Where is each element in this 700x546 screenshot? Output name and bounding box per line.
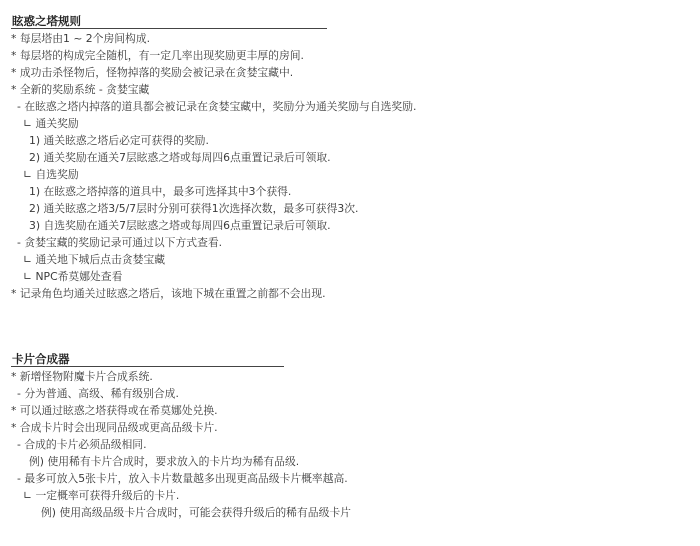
list-item: * 每层塔的构成完全随机，有一定几率出现奖励更丰厚的房间. (11, 47, 416, 64)
list-item: ∟ 通关奖励 (11, 115, 416, 132)
list-item: ∟ 通关地下城后点击贪婪宝藏 (11, 251, 416, 268)
list-item: ∟ NPC希莫娜处查看 (11, 268, 416, 285)
list-item: 1) 通关眩惑之塔后必定可获得的奖励. (11, 132, 416, 149)
list-item: - 分为普通、高级、稀有级别合成. (11, 385, 351, 402)
tower-rules-section: 眩惑之塔规则 * 每层塔由1 ~ 2个房间构成. * 每层塔的构成完全随机，有一… (11, 13, 416, 302)
list-item: * 合成卡片时会出现同品级或更高品级卡片. (11, 419, 351, 436)
list-item: 例) 使用稀有卡片合成时，要求放入的卡片均为稀有品级. (11, 453, 351, 470)
tower-rules-list: * 每层塔由1 ~ 2个房间构成. * 每层塔的构成完全随机，有一定几率出现奖励… (11, 30, 416, 302)
list-item: * 可以通过眩惑之塔获得或在希莫娜处兑换. (11, 402, 351, 419)
list-item: - 合成的卡片必须品级相同. (11, 436, 351, 453)
list-item: 例) 使用高级品级卡片合成时，可能会获得升级后的稀有品级卡片 (11, 504, 351, 521)
list-item: * 记录角色均通关过眩惑之塔后，该地下城在重置之前都不会出现. (11, 285, 416, 302)
list-item: * 全新的奖励系统 - 贪婪宝藏 (11, 81, 416, 98)
list-item: * 新增怪物附魔卡片合成系统. (11, 368, 351, 385)
list-item: * 成功击杀怪物后，怪物掉落的奖励会被记录在贪婪宝藏中. (11, 64, 416, 81)
card-synthesizer-list: * 新增怪物附魔卡片合成系统. - 分为普通、高级、稀有级别合成. * 可以通过… (11, 368, 351, 521)
section-title-card-synthesizer: 卡片合成器 (11, 351, 284, 367)
list-item: * 每层塔由1 ~ 2个房间构成. (11, 30, 416, 47)
list-item: 1) 在眩惑之塔掉落的道具中，最多可选择其中3个获得. (11, 183, 416, 200)
list-item: ∟ 一定概率可获得升级后的卡片. (11, 487, 351, 504)
section-title-tower-rules: 眩惑之塔规则 (11, 13, 327, 29)
list-item: ∟ 自选奖励 (11, 166, 416, 183)
list-item: - 贪婪宝藏的奖励记录可通过以下方式查看. (11, 234, 416, 251)
list-item: - 最多可放入5张卡片，放入卡片数量越多出现更高品级卡片概率越高. (11, 470, 351, 487)
list-item: 2) 通关奖励在通关7层眩惑之塔或每周四6点重置记录后可领取. (11, 149, 416, 166)
list-item: 3) 自选奖励在通关7层眩惑之塔或每周四6点重置记录后可领取. (11, 217, 416, 234)
list-item: 2) 通关眩惑之塔3/5/7层时分别可获得1次选择次数，最多可获得3次. (11, 200, 416, 217)
list-item: - 在眩惑之塔内掉落的道具都会被记录在贪婪宝藏中，奖励分为通关奖励与自选奖励. (11, 98, 416, 115)
card-synthesizer-section: 卡片合成器 * 新增怪物附魔卡片合成系统. - 分为普通、高级、稀有级别合成. … (11, 351, 351, 521)
